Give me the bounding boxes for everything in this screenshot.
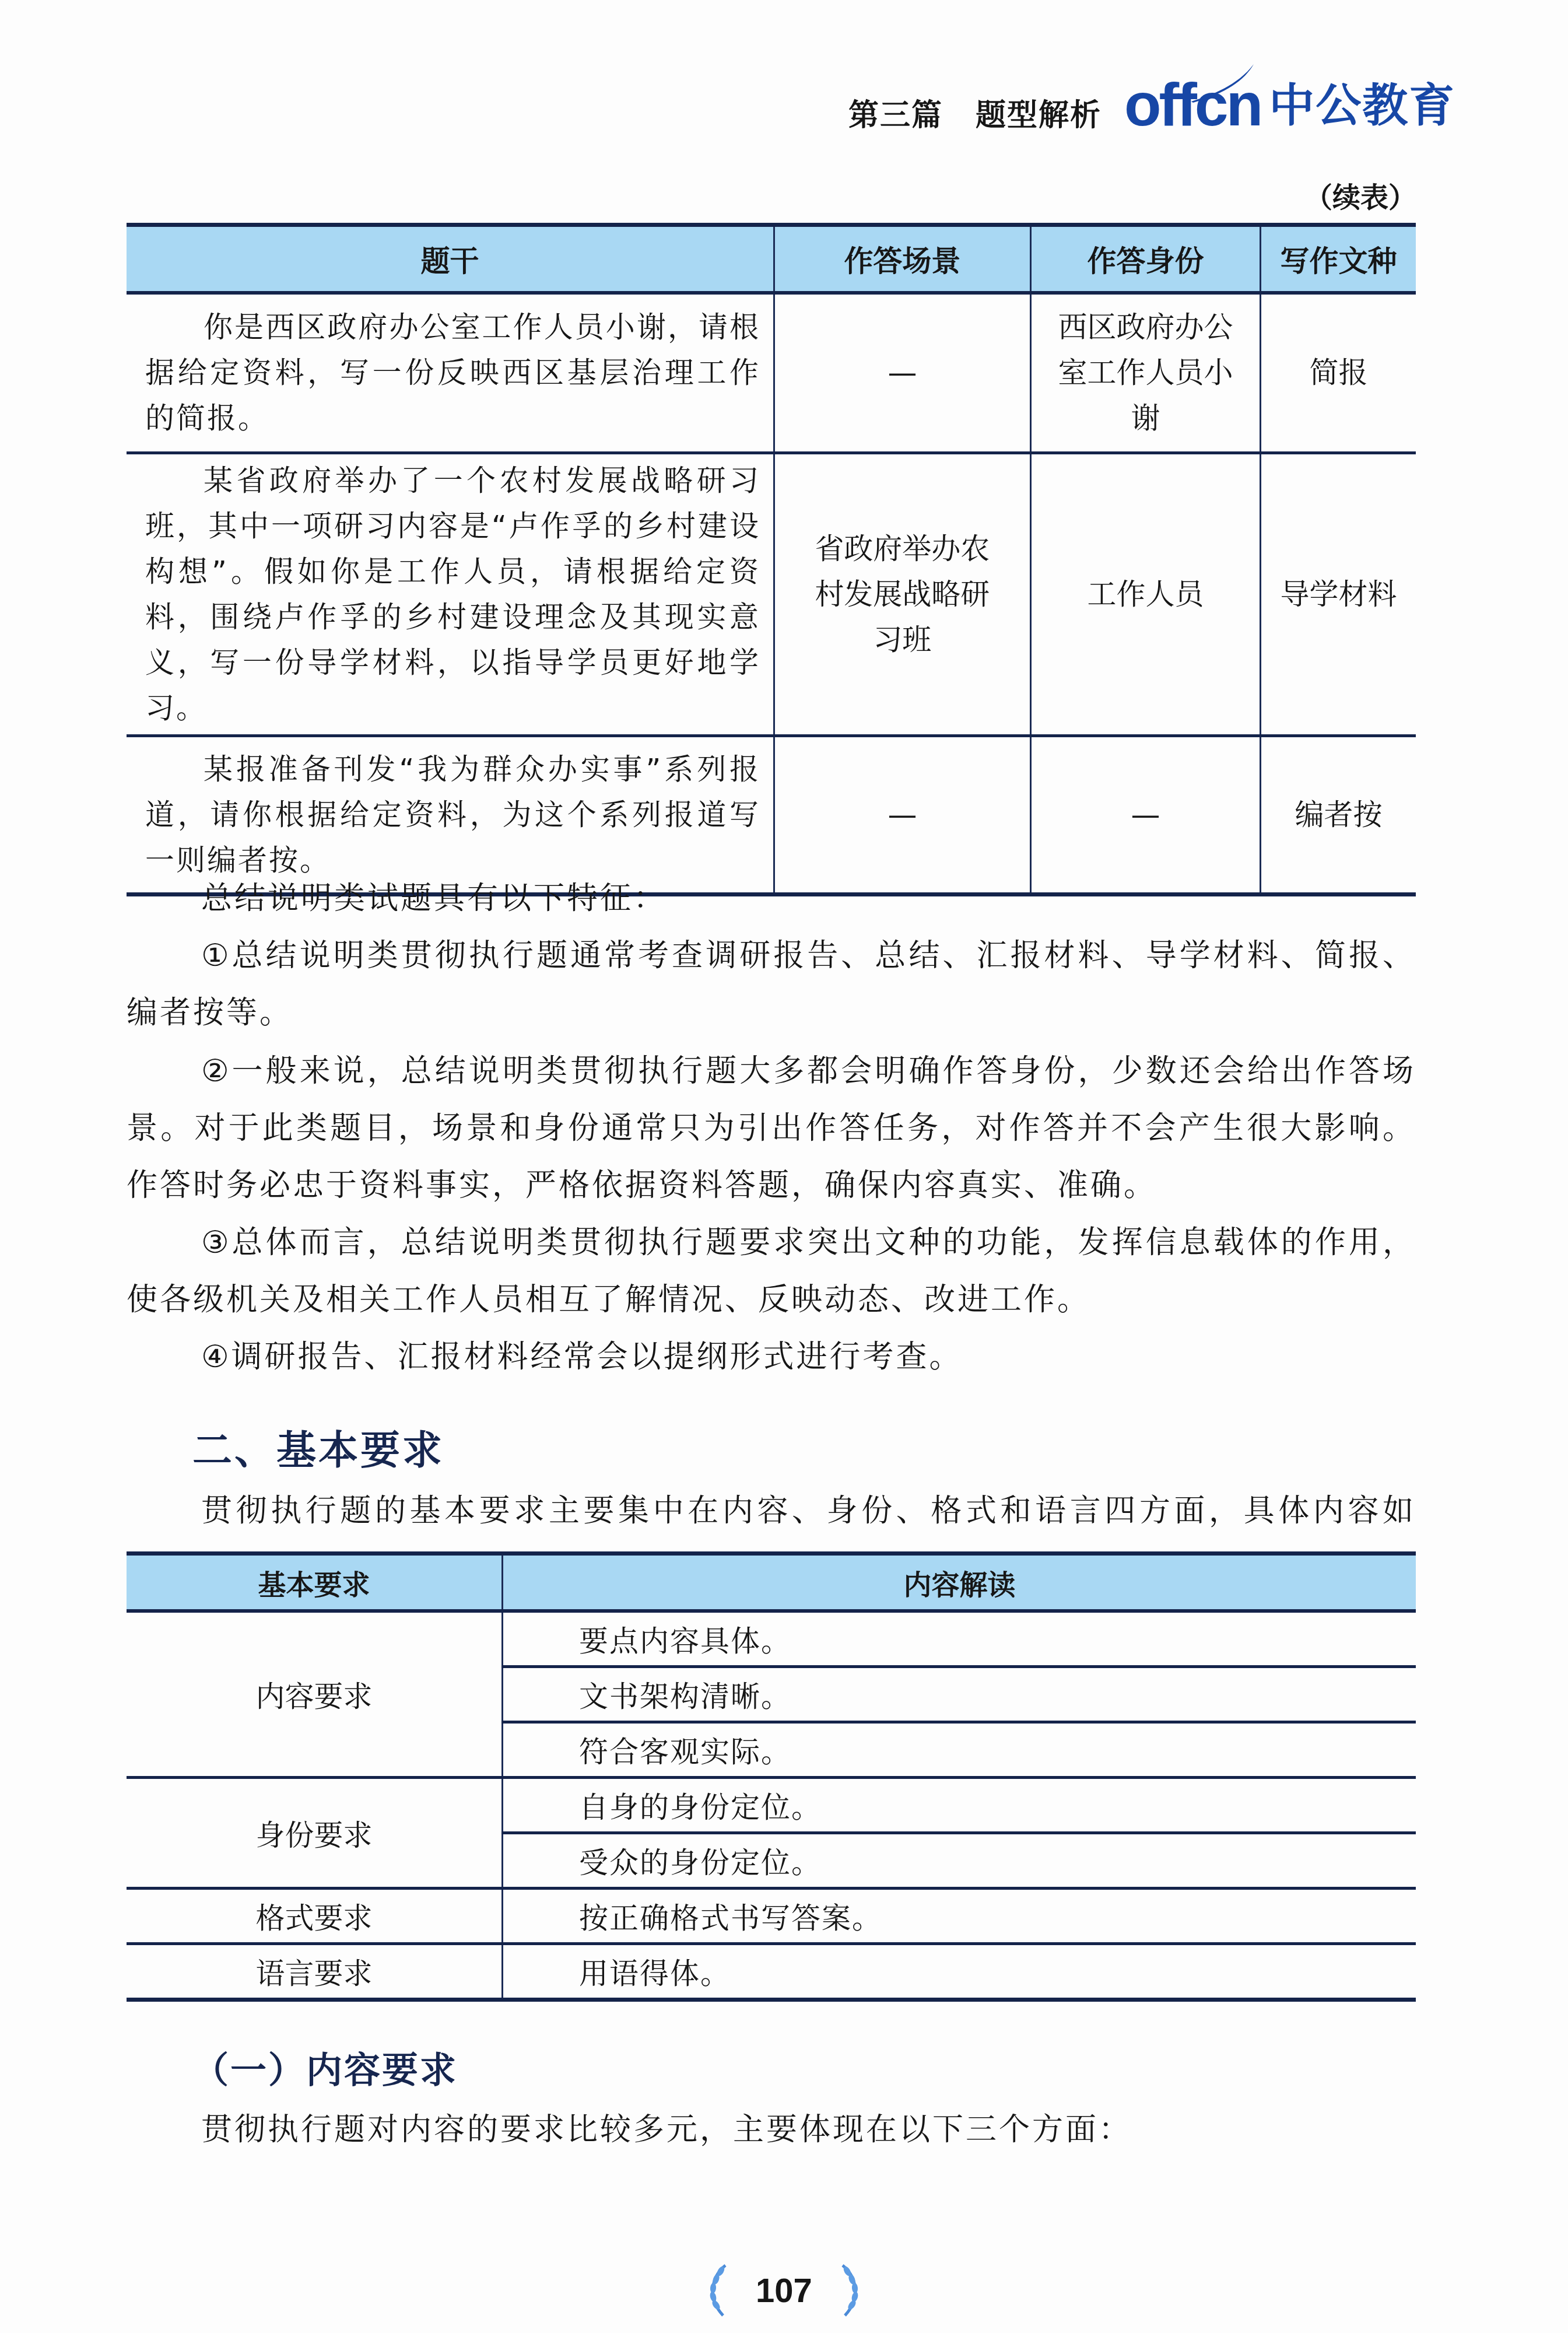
page-number: 107 [756, 2272, 812, 2310]
cell-stem: 你是西区政府办公室工作人员小谢，请根据给定资料，写一份反映西区基层治理工作的简报… [127, 293, 774, 453]
continued-table-label: （续表） [1304, 175, 1416, 215]
cell-category: 身份要求 [127, 1778, 503, 1889]
cell-genre: 导学材料 [1261, 453, 1416, 735]
brand-logo-en: offcn [1124, 76, 1261, 134]
cell-detail: 要点内容具体。 [503, 1611, 1416, 1667]
table-row: 内容要求 要点内容具体。 [127, 1611, 1416, 1667]
col-header-scene: 作答场景 [774, 225, 1031, 293]
table-header-row: 基本要求 内容解读 [127, 1554, 1416, 1612]
cell-detail: 自身的身份定位。 [503, 1778, 1416, 1833]
basic-requirements-table: 基本要求 内容解读 内容要求 要点内容具体。 文书架构清晰。 符合客观实际。 身… [127, 1551, 1416, 2002]
col-header-stem: 题干 [127, 225, 774, 293]
table-row: 你是西区政府办公室工作人员小谢，请根据给定资料，写一份反映西区基层治理工作的简报… [127, 293, 1416, 453]
col-header-interpretation: 内容解读 [503, 1554, 1416, 1612]
part-label: 第三篇 [848, 98, 943, 133]
page-footer: 107 [0, 2263, 1568, 2318]
cell-detail: 用语得体。 [503, 1944, 1416, 2000]
brand-logo-cn: 中公教育 [1269, 78, 1455, 134]
table-row: 格式要求 按正确格式书写答案。 [127, 1889, 1416, 1944]
cell-scene: — [774, 293, 1031, 453]
cell-stem: 某省政府举办了一个农村发展战略研习班，其中一项研习内容是“卢作孚的乡村建设构想”… [127, 453, 774, 735]
section-heading: 二、基本要求 [192, 1419, 444, 1476]
feature-point-3: ③总体而言，总结说明类贯彻执行题要求突出文种的功能，发挥信息载体的作用，使各级机… [127, 1214, 1416, 1329]
cell-category: 内容要求 [127, 1611, 503, 1778]
subsection-heading: （一）内容要求 [192, 2041, 458, 2093]
cell-identity: 西区政府办公室工作人员小谢 [1030, 293, 1260, 453]
cell-scene: 省政府举办农村发展战略研习班 [774, 453, 1031, 735]
feature-point-2: ②一般来说，总结说明类贯彻执行题大多都会明确作答身份，少数还会给出作答场景。对于… [127, 1043, 1416, 1214]
cell-detail: 按正确格式书写答案。 [503, 1889, 1416, 1944]
cell-identity: 工作人员 [1030, 453, 1260, 735]
logo-swoosh-icon [1188, 63, 1258, 104]
brand-logo: offcn 中公教育 [1124, 64, 1455, 134]
section-label: 题型解析 [976, 98, 1102, 133]
table-header-row: 题干 作答场景 作答身份 写作文种 [127, 225, 1416, 293]
subsection-intro: 贯彻执行题对内容的要求比较多元，主要体现在以下三个方面： [127, 2101, 1416, 2159]
question-type-table: 题干 作答场景 作答身份 写作文种 你是西区政府办公室工作人员小谢，请根据给定资… [127, 223, 1416, 896]
cell-category: 语言要求 [127, 1944, 503, 2000]
cell-category: 格式要求 [127, 1889, 503, 1944]
table-row: 语言要求 用语得体。 [127, 1944, 1416, 2000]
cell-detail: 文书架构清晰。 [503, 1667, 1416, 1722]
laurel-left-icon [703, 2263, 732, 2318]
cell-detail: 符合客观实际。 [503, 1722, 1416, 1778]
cell-detail: 受众的身份定位。 [503, 1833, 1416, 1889]
laurel-right-icon [836, 2263, 865, 2318]
feature-point-1: ①总结说明类贯彻执行题通常考查调研报告、总结、汇报材料、导学材料、简报、编者按等… [127, 927, 1416, 1042]
feature-point-4: ④调研报告、汇报材料经常会以提纲形式进行考查。 [127, 1329, 1416, 1386]
col-header-identity: 作答身份 [1030, 225, 1260, 293]
col-header-requirement: 基本要求 [127, 1554, 503, 1612]
table-row: 某省政府举办了一个农村发展战略研习班，其中一项研习内容是“卢作孚的乡村建设构想”… [127, 453, 1416, 735]
table-row: 身份要求 自身的身份定位。 [127, 1778, 1416, 1833]
col-header-genre: 写作文种 [1261, 225, 1416, 293]
running-header: 第三篇题型解析 [848, 90, 1134, 134]
summary-intro: 总结说明类试题具有以下特征： [127, 870, 1416, 927]
cell-genre: 简报 [1261, 293, 1416, 453]
